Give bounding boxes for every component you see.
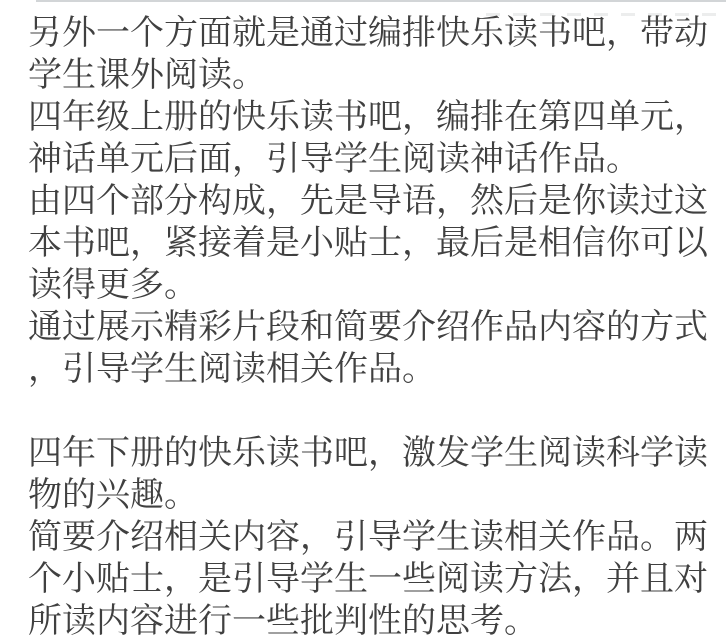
cropped-edge-artifact [36,0,726,2]
text-line: 神话单元后面，引导学生阅读神话作品。 [28,138,720,180]
text-line: 读得更多。 [28,264,720,306]
text-block: 另外一个方面就是通过编排快乐读书吧，带动学生课外阅读。四年级上册的快乐读书吧，编… [28,12,720,641]
text-line: 所读内容进行一些批判性的思考。 [28,600,720,641]
text-line: 四年级上册的快乐读书吧，编排在第四单元， [28,96,720,138]
text-line: 个小贴士，是引导学生一些阅读方法，并且对 [28,558,720,600]
text-line: 由四个部分构成，先是导语，然后是你读过这 [28,180,720,222]
text-line: ，引导学生阅读相关作品。 [28,348,720,390]
text-line: 物的兴趣。 [28,474,720,516]
text-line: 另外一个方面就是通过编排快乐读书吧，带动 [28,12,720,54]
document-page: 另外一个方面就是通过编排快乐读书吧，带动学生课外阅读。四年级上册的快乐读书吧，编… [0,0,726,641]
text-line: 四年下册的快乐读书吧，激发学生阅读科学读 [28,432,720,474]
text-line: 简要介绍相关内容，引导学生读相关作品。两 [28,516,720,558]
text-line: 学生课外阅读。 [28,54,720,96]
text-line: 本书吧，紧接着是小贴士，最后是相信你可以 [28,222,720,264]
text-line [28,390,720,432]
text-line: 通过展示精彩片段和简要介绍作品内容的方式 [28,306,720,348]
